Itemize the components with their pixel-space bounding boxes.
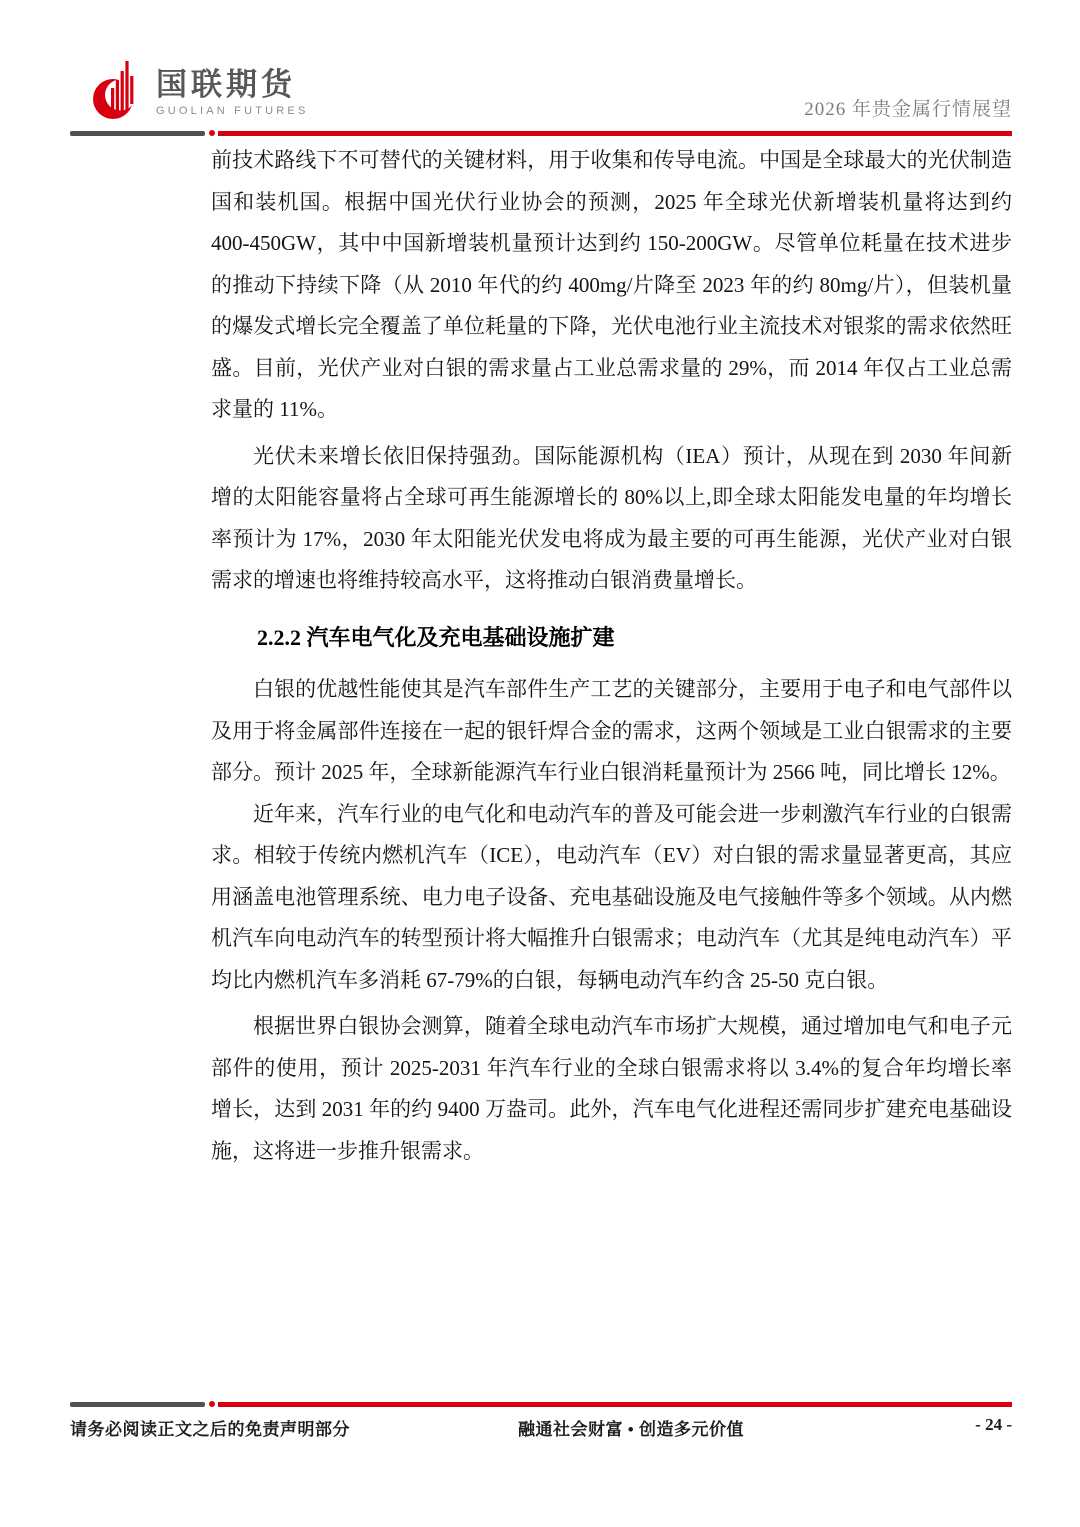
doc-title: 2026 年贵金属行情展望 <box>804 94 1012 121</box>
header-rule-dark-segment <box>70 131 205 136</box>
header-rule <box>70 130 1012 136</box>
document-body: 前技术路线下不可替代的关键材料，用于收集和传导电流。中国是全球最大的光伏制造国和… <box>211 140 1012 1172</box>
logo-name-en: GUOLIAN FUTURES <box>156 105 309 117</box>
paragraph-3: 白银的优越性能使其是汽车部件生产工艺的关键部分，主要用于电子和电气部件以及用于将… <box>211 669 1012 794</box>
paragraph-1: 前技术路线下不可替代的关键材料，用于收集和传导电流。中国是全球最大的光伏制造国和… <box>211 140 1012 431</box>
section-heading: 2.2.2 汽车电气化及充电基础设施扩建 <box>211 624 1012 653</box>
header-rule-red-segment <box>218 131 1012 136</box>
page-number: - 24 - <box>975 1415 1012 1435</box>
footer-rule-dark-segment <box>70 1402 205 1407</box>
logo-name-cn: 国联期货 <box>156 68 309 102</box>
page-footer: 请务必阅读正文之后的免责声明部分 融通社会财富 • 创造多元价值 - 24 - <box>0 1415 1080 1445</box>
paragraph-5: 根据世界白银协会测算，随着全球电动汽车市场扩大规模，通过增加电气和电子元部件的使… <box>211 1006 1012 1172</box>
logo-text: 国联期货 GUOLIAN FUTURES <box>156 58 309 117</box>
paragraph-4: 近年来，汽车行业的电气化和电动汽车的普及可能会进一步刺激汽车行业的白银需求。相较… <box>211 794 1012 1002</box>
footer-disclaimer: 请务必阅读正文之后的免责声明部分 <box>70 1415 350 1440</box>
company-logo: 国联期货 GUOLIAN FUTURES <box>92 58 309 122</box>
footer-slogan: 融通社会财富 • 创造多元价值 <box>518 1415 744 1440</box>
guolian-logo-icon <box>92 58 142 122</box>
footer-rule <box>70 1401 1012 1407</box>
paragraph-2: 光伏未来增长依旧保持强劲。国际能源机构（IEA）预计，从现在到 2030 年间新… <box>211 436 1012 602</box>
document-page: 国联期货 GUOLIAN FUTURES 2026 年贵金属行情展望 前技术路线… <box>0 0 1080 1527</box>
footer-rule-red-segment <box>218 1402 1012 1407</box>
